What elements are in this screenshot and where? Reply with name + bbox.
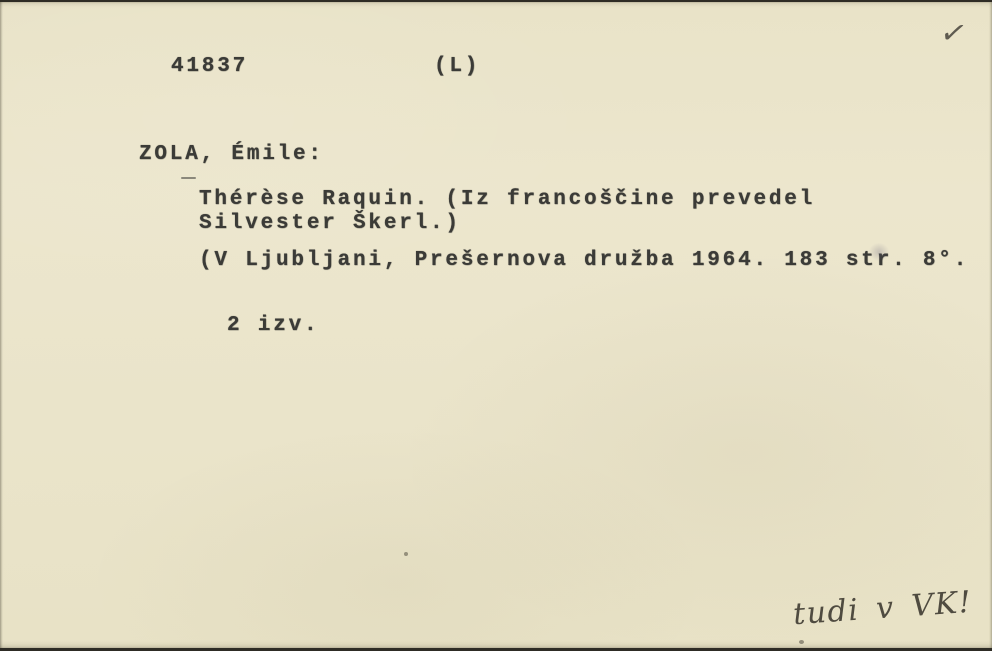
underscore-typo-mark [181, 177, 196, 179]
title-line-2: Silvester Škerl.) [199, 212, 461, 236]
catalog-card: 41837 (L) ZOLA, Émile: Thérèse Raquin. (… [0, 0, 992, 651]
handwritten-note: tudi v VK! [792, 585, 973, 632]
ink-smudge [868, 242, 890, 262]
author-heading: ZOLA, Émile: [139, 143, 324, 167]
copies-note: 2 izv. [227, 314, 319, 338]
ink-speck [404, 552, 408, 556]
classification-code: (L) [434, 55, 480, 79]
checkmark-icon: ✓ [937, 15, 971, 52]
accession-number: 41837 [171, 55, 248, 79]
title-line-1: Thérèse Raquin. (Iz francoščine prevedel [199, 188, 815, 212]
pencil-speck [799, 640, 804, 644]
imprint-line: (V Ljubljani, Prešernova družba 1964. 18… [199, 249, 969, 273]
